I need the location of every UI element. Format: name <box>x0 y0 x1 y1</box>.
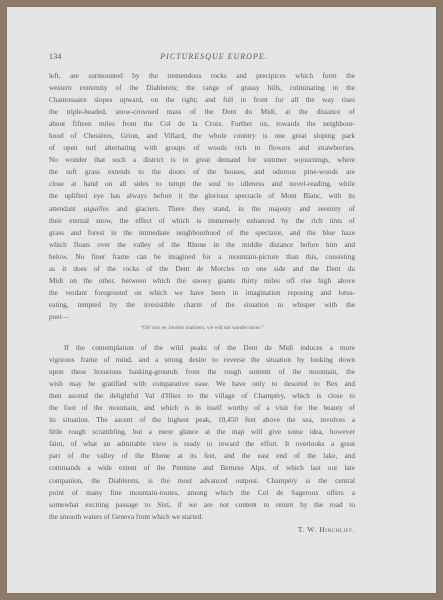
text-line-with-italic: attendant aiguilles and glaciers. There … <box>49 203 355 215</box>
text-line: the foot of the mountain, and which is i… <box>49 402 355 414</box>
text-line: Chamossaire slopes upward, on the right;… <box>49 94 355 106</box>
text-line: part of the valley of the Rhone at its f… <box>49 450 355 462</box>
text-line: wish may be gratified with comparative e… <box>49 378 355 390</box>
text-line: their eternal snow, the effect of which … <box>49 215 355 227</box>
text-line: upon these luxurious basking-grounds fro… <box>49 366 355 378</box>
text-line: If the contemplation of the wild peaks o… <box>49 342 355 354</box>
text-line: western extremity of the Diablerets; the… <box>49 82 355 94</box>
italic-term: aiguilles <box>84 204 109 213</box>
verse-quotation: “Oh! rest ye, brother mariners; we will … <box>49 323 355 334</box>
text-line: the smooth waters of Geneva from which w… <box>49 511 355 523</box>
text-line: eating, tempted by the irresistible char… <box>49 299 355 311</box>
text-line: commands a wide extent of the Pennine an… <box>49 462 355 474</box>
text-line: the uplifted eye has always before it th… <box>49 190 355 202</box>
text-line: the soft grass extends to the doors of t… <box>49 166 355 178</box>
text-line: left, are surmounted by the tremendous r… <box>49 70 355 82</box>
text-fragment: attendant <box>49 204 84 213</box>
text-line: the verdant foreground on which we have … <box>49 287 355 299</box>
text-line: then ascend the delightful Val d'Illiez … <box>49 390 355 402</box>
text-line: point of many fine mountain-routes, amon… <box>49 487 355 499</box>
paragraph-1: left, are surmounted by the tremendous r… <box>49 70 355 323</box>
text-line: about fifteen miles from the Col de la C… <box>49 118 355 130</box>
author-signature: T. W. Hinchliff. <box>49 525 355 534</box>
text-fragment: and glaciers. There they stand, in the m… <box>109 204 355 213</box>
text-line: the triple-headed, snow-crowned mass of … <box>49 106 355 118</box>
text-line: close at hand on all sides to tempt the … <box>49 178 355 190</box>
text-line: somewhat exciting passage to Sixt, if we… <box>49 499 355 511</box>
page-header: 134 PICTURESQUE EUROPE. <box>49 52 357 64</box>
text-line: little rough scrambling, but a mere glan… <box>49 426 355 438</box>
running-title: PICTURESQUE EUROPE. <box>49 52 357 61</box>
text-line: companion, the Diablerets, is the most a… <box>49 475 355 487</box>
text-line: vigorous frame of mind, and a strong des… <box>49 354 355 366</box>
body-text: left, are surmounted by the tremendous r… <box>49 70 355 523</box>
text-line: below. No finer frame can be imagined fo… <box>49 251 355 263</box>
text-line: grass and forest in the immediate neighb… <box>49 227 355 239</box>
text-line: faint, of what an admirable view is read… <box>49 438 355 450</box>
text-line: which floats over the valley of the Rhon… <box>49 239 355 251</box>
text-line: hood of Chesières, Grion, and Villard, t… <box>49 130 355 142</box>
book-page: 134 PICTURESQUE EUROPE. left, are surmou… <box>7 7 436 593</box>
text-line: Midi on the other, between which the sno… <box>49 275 355 287</box>
paragraph-2: If the contemplation of the wild peaks o… <box>49 342 355 523</box>
text-line: of open turf alternating with groups of … <box>49 142 355 154</box>
text-line: its situation. The ascent of the highest… <box>49 414 355 426</box>
text-line: as it does of the rocks of the Dent de M… <box>49 263 355 275</box>
text-line: poet— <box>49 311 355 323</box>
text-line: No wonder that such a district is in gre… <box>49 154 355 166</box>
